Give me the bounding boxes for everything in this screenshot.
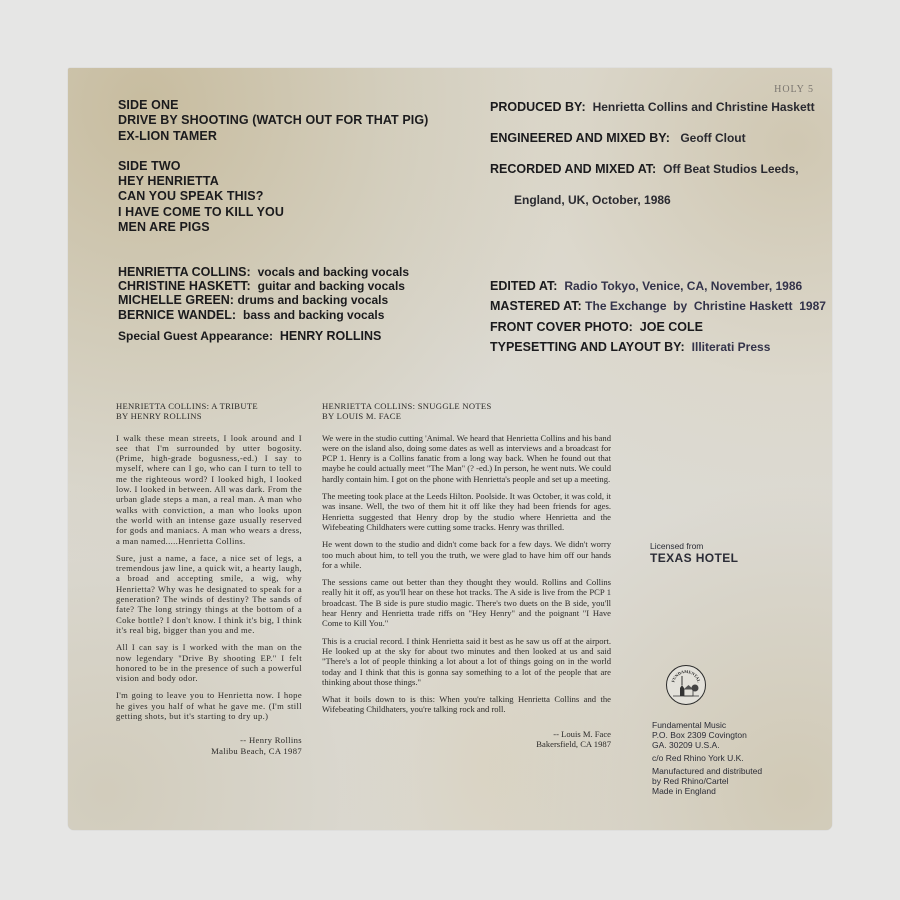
credit-label: ENGINEERED AND MIXED BY: xyxy=(490,131,670,145)
member-name: BERNICE WANDEL: xyxy=(118,308,236,322)
heading-line: HENRIETTA COLLINS: SNUGGLE NOTES xyxy=(322,401,611,411)
side-two-heading: SIDE TWO xyxy=(118,159,428,174)
credit-row: MASTERED AT: The Exchange by Christine H… xyxy=(490,296,826,316)
credit-row: EDITED AT: Radio Tokyo, Venice, CA, Nove… xyxy=(490,276,826,296)
label-address: Fundamental Music P.O. Box 2309 Covingto… xyxy=(652,720,762,750)
lineup-row: HENRIETTA COLLINS: vocals and backing vo… xyxy=(118,265,409,279)
svg-text:FUNDAMENTAL: FUNDAMENTAL xyxy=(670,669,701,683)
track-title: HEY HENRIETTA xyxy=(118,174,428,189)
member-role: bass and backing vocals xyxy=(243,308,384,322)
track-title: CAN YOU SPEAK THIS? xyxy=(118,189,428,204)
track-title: EX-LION TAMER xyxy=(118,129,428,144)
lineup-row: BERNICE WANDEL: bass and backing vocals xyxy=(118,308,409,322)
lineup-row: CHRISTINE HASKETT: guitar and backing vo… xyxy=(118,279,409,293)
tracklist: SIDE ONE DRIVE BY SHOOTING (WATCH OUT FO… xyxy=(118,98,428,235)
member-name: CHRISTINE HASKETT: xyxy=(118,279,251,293)
article-paragraph: Sure, just a name, a face, a nice set of… xyxy=(116,553,302,635)
credit-row: FRONT COVER PHOTO: JOE COLE xyxy=(490,317,826,337)
heading-line: HENRIETTA COLLINS: A TRIBUTE xyxy=(116,401,302,411)
address-line: GA. 30209 U.S.A. xyxy=(652,740,762,750)
member-role: guitar and backing vocals xyxy=(258,279,405,293)
distribution-line: Made in England xyxy=(652,786,762,796)
address-line: P.O. Box 2309 Covington xyxy=(652,730,762,740)
track-title: MEN ARE PIGS xyxy=(118,220,428,235)
credit-value: JOE COLE xyxy=(640,320,703,334)
signature-place: Malibu Beach, CA 1987 xyxy=(116,746,302,756)
distribution-info: Manufactured and distributed by Red Rhin… xyxy=(652,766,762,796)
credit-value: Illiterati Press xyxy=(692,340,771,354)
credit-label: RECORDED AND MIXED AT: xyxy=(490,162,656,176)
member-name: HENRIETTA COLLINS: xyxy=(118,265,251,279)
article-paragraph: He went down to the studio and didn't co… xyxy=(322,539,611,570)
track-title: I HAVE COME TO KILL YOU xyxy=(118,205,428,220)
article-paragraph: The sessions came out better than they t… xyxy=(322,577,611,628)
lineup-row: MICHELLE GREEN: drums and backing vocals xyxy=(118,293,409,307)
guest-name: HENRY ROLLINS xyxy=(280,329,381,343)
article-paragraph: We were in the studio cutting 'Animal. W… xyxy=(322,433,611,484)
article-paragraph: I walk these mean streets, I look around… xyxy=(116,433,302,546)
license-notice: Licensed from TEXAS HOTEL xyxy=(650,541,738,565)
signature-author: -- Louis M. Face xyxy=(322,729,611,739)
catalog-number: HOLY 5 xyxy=(774,84,814,95)
article-heading: HENRIETTA COLLINS: SNUGGLE NOTES BY LOUI… xyxy=(322,401,611,422)
credit-value: The Exchange by Christine Haskett 1987 xyxy=(585,299,826,313)
production-credits: PRODUCED BY: Henrietta Collins and Chris… xyxy=(490,100,815,224)
track-title: DRIVE BY SHOOTING (WATCH OUT FOR THAT PI… xyxy=(118,113,428,128)
care-of: c/o Red Rhino York U.K. xyxy=(652,753,762,763)
article-paragraph: This is a crucial record. I think Henrie… xyxy=(322,636,611,687)
credit-label: MASTERED AT: xyxy=(490,299,582,313)
record-sleeve-back: HOLY 5 SIDE ONE DRIVE BY SHOOTING (WATCH… xyxy=(68,68,832,830)
article-paragraph: All I can say is I worked with the man o… xyxy=(116,642,302,683)
credit-value: England, UK, October, 1986 xyxy=(514,193,671,207)
guest-row: Special Guest Appearance: HENRY ROLLINS xyxy=(118,329,409,343)
guest-label: Special Guest Appearance: xyxy=(118,329,273,343)
credit-row: RECORDED AND MIXED AT: Off Beat Studios … xyxy=(490,162,815,193)
fundamental-church-logo-icon: FUNDAMENTAL xyxy=(666,665,706,705)
article-signature: -- Louis M. Face Bakersfield, CA 1987 xyxy=(322,729,611,750)
credit-row: TYPESETTING AND LAYOUT BY: Illiterati Pr… xyxy=(490,337,826,357)
snuggle-notes-article: HENRIETTA COLLINS: SNUGGLE NOTES BY LOUI… xyxy=(322,401,611,749)
band-lineup: HENRIETTA COLLINS: vocals and backing vo… xyxy=(118,265,409,343)
credit-label: TYPESETTING AND LAYOUT BY: xyxy=(490,340,685,354)
credit-value: Geoff Clout xyxy=(680,131,745,145)
heading-line: BY LOUIS M. FACE xyxy=(322,411,611,421)
side-one-heading: SIDE ONE xyxy=(118,98,428,113)
article-signature: -- Henry Rollins Malibu Beach, CA 1987 xyxy=(116,735,302,756)
address-line: Fundamental Music xyxy=(652,720,762,730)
post-production-credits: EDITED AT: Radio Tokyo, Venice, CA, Nove… xyxy=(490,276,826,357)
credit-label: FRONT COVER PHOTO: xyxy=(490,320,633,334)
credit-value: Off Beat Studios Leeds, xyxy=(663,162,798,176)
credit-label: EDITED AT: xyxy=(490,279,557,293)
licensor-name: TEXAS HOTEL xyxy=(650,551,738,565)
license-label: Licensed from xyxy=(650,541,738,551)
credit-row: PRODUCED BY: Henrietta Collins and Chris… xyxy=(490,100,815,131)
label-info: Fundamental Music P.O. Box 2309 Covingto… xyxy=(652,720,762,796)
credit-label: PRODUCED BY: xyxy=(490,100,586,114)
member-role: vocals and backing vocals xyxy=(258,265,409,279)
heading-line: BY HENRY ROLLINS xyxy=(116,411,302,421)
signature-place: Bakersfield, CA 1987 xyxy=(322,739,611,749)
credit-row: ENGINEERED AND MIXED BY: Geoff Clout xyxy=(490,131,815,162)
credit-value: Henrietta Collins and Christine Haskett xyxy=(593,100,815,114)
credit-row: England, UK, October, 1986 xyxy=(490,193,815,224)
article-heading: HENRIETTA COLLINS: A TRIBUTE BY HENRY RO… xyxy=(116,401,302,422)
distribution-line: by Red Rhino/Cartel xyxy=(652,776,762,786)
article-paragraph: What it boils down to is this: When you'… xyxy=(322,694,611,715)
tribute-article: HENRIETTA COLLINS: A TRIBUTE BY HENRY RO… xyxy=(116,401,302,756)
distribution-line: Manufactured and distributed xyxy=(652,766,762,776)
member-role: drums and backing vocals xyxy=(237,293,388,307)
article-paragraph: I'm going to leave you to Henrietta now.… xyxy=(116,690,302,721)
credit-value: Radio Tokyo, Venice, CA, November, 1986 xyxy=(564,279,802,293)
article-paragraph: The meeting took place at the Leeds Hilt… xyxy=(322,491,611,532)
signature-author: -- Henry Rollins xyxy=(116,735,302,745)
member-name: MICHELLE GREEN: xyxy=(118,293,234,307)
